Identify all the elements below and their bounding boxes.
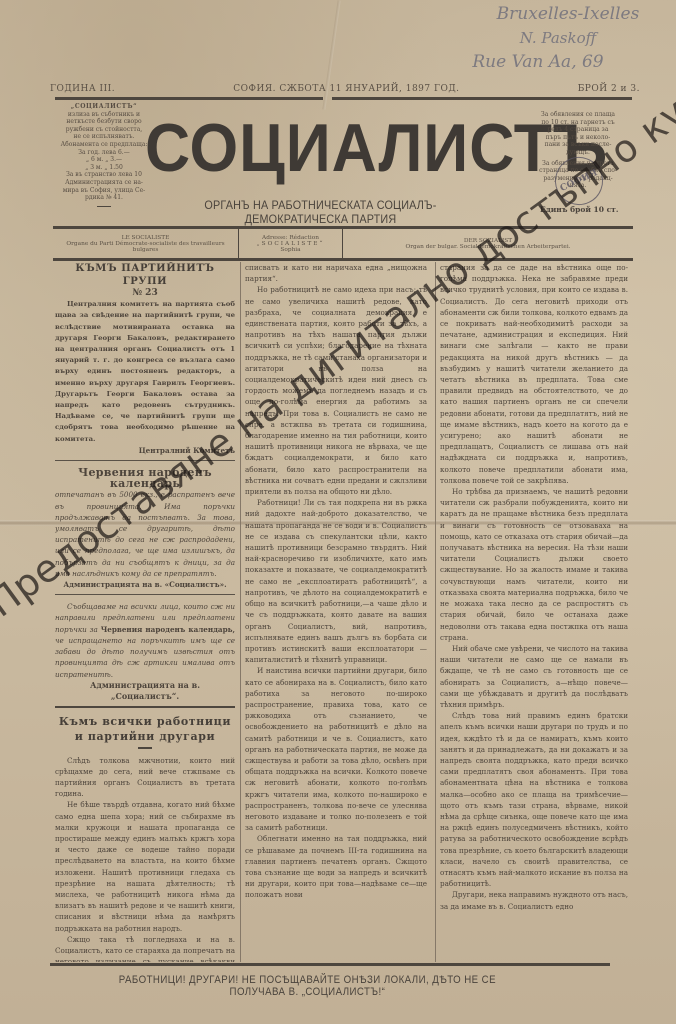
box-line: мира въ София, улица Се- [54, 187, 154, 195]
paragraph: Другари, нека направимъ нуждното отъ нас… [440, 889, 628, 911]
box-title: „СОЦИАЛИСТЪ“ [54, 103, 154, 111]
masthead-title: СОЦИАЛИСТЪ [145, 108, 495, 188]
article-body: Съобщаваме на всички лица, които сж ни н… [55, 601, 235, 679]
paragraph: И наистина всички партийни другари, било… [245, 665, 427, 833]
box-line: по 10 ст. на гарнетъ съ [530, 119, 626, 127]
box-line: За обявления се плаща [530, 111, 626, 119]
box-line: За год. лева 6.— [54, 149, 154, 157]
divider [97, 206, 111, 208]
paragraph: списватъ и като ни наричаха една „нищожн… [245, 262, 427, 284]
divider [55, 706, 235, 708]
paragraph: Облегнати именно на тая поддръжка, ний с… [245, 833, 427, 900]
divider [138, 747, 152, 749]
paragraph: Сжщо така тѣ погледнаха и на в. Социалис… [55, 934, 235, 962]
handwritten-line: Rue Van Aa, 69 [408, 50, 668, 74]
box-line: Абонамента се предплаща: [54, 141, 154, 149]
dateline: ГОДИНА III. СОФИЯ. СЖБОТА 11 ЯНУАРИЙ, 18… [50, 84, 640, 94]
paragraph: Слѣдъ това ний правимъ единъ братски апе… [440, 710, 628, 889]
article-heading: Къмъ всички работници и партийни другари [55, 714, 235, 744]
french-subtitle: Organe du Parti Démocrate-socialiste des… [53, 241, 238, 253]
box-line: рдика № 41. [54, 194, 154, 202]
french-title-block: LE SOCIALISTE Organe du Parti Démocrate-… [53, 229, 238, 259]
article-heading: КЪМЪ ПАРТИЙНИТЪ ГРУПИ [55, 262, 235, 288]
language-bar-rule [53, 258, 633, 261]
header-rule [55, 97, 323, 100]
column-divider [435, 262, 436, 962]
column-divider [240, 262, 241, 962]
footer-banner: РАБОТНИЦИ! ДРУГАРИ! НЕ ПОСѢЩАВАЙТЕ ОНѢЗИ… [105, 974, 510, 998]
body-bold: Червения народенъ календарь, [101, 625, 235, 634]
column-1: КЪМЪ ПАРТИЙНИТЪ ГРУПИ № 23 Централния ко… [55, 262, 235, 962]
column-3: старания за да се даде на вѣстника още п… [440, 262, 628, 962]
paragraph: Ний обаче сме увѣрени, че числото на так… [440, 643, 628, 710]
article-signature: Администрацията на в. „Социалистъ“. [55, 680, 235, 702]
paragraph: Слѣдъ толкова мжчнотии, които ний срѣщах… [55, 755, 235, 800]
issue-number: БРОЙ 2 и 3. [578, 84, 640, 94]
volume-year: ГОДИНА III. [50, 84, 115, 94]
subscription-box: „СОЦИАЛИСТЪ“ излиза въ съботникъ и неткъ… [54, 103, 154, 213]
paragraph: Но трѣбва да признаемъ, че нашитѣ редовн… [440, 486, 628, 643]
box-line: За въ странство лева 10 [54, 171, 154, 179]
paragraph: Работници! Ли съ тая подкрепа ни въ ржка… [245, 497, 427, 665]
header-rule [332, 97, 632, 100]
handwritten-address: Bruxelles-Ixelles N. Paskoff Rue Van Aa,… [448, 2, 668, 74]
handwritten-line: Bruxelles-Ixelles [468, 2, 668, 26]
address-city: Sophia [239, 247, 342, 253]
box-line: ружбени съ стойността, [54, 126, 154, 134]
place-date: СОФИЯ. СЖБОТА 11 ЯНУАРИЙ, 1897 ГОД. [233, 84, 459, 94]
handwritten-line: N. Paskoff [448, 26, 668, 50]
box-line: излиза въ съботникъ и [54, 111, 154, 119]
notice-number: № 23 [55, 288, 235, 299]
language-bar: LE SOCIALISTE Organe du Parti Démocrate-… [53, 229, 633, 259]
address-block: Adresse: Rédaction „SOCIALISTE“ Sophia [238, 229, 343, 259]
box-line: „ 6 м. „ 3.— [54, 156, 154, 164]
box-line: неткъсте безбути своро [54, 118, 154, 126]
body-text: че испращането на поръчкитѣ имъ ще се за… [55, 636, 235, 679]
paragraph: старания за да се даде на вѣстника още п… [440, 262, 628, 486]
article-signature: Администрацията на в. «Социалистъ». [55, 579, 235, 590]
box-line: „ 3 м. „ 1.50 [54, 164, 154, 172]
paragraph: Не бѣше твърдѣ отдавна, когато ний бѣхме… [55, 799, 235, 933]
box-line: Администрацията се на- [54, 179, 154, 187]
masthead-subtitle: ОРГАНЪ НА РАБОТНИЧЕСКАТА СОЦИАЛЪ-ДЕМОКРА… [172, 198, 469, 226]
footer-rule [50, 963, 610, 966]
divider [55, 594, 235, 595]
box-line: не се испълняватъ. [54, 133, 154, 141]
